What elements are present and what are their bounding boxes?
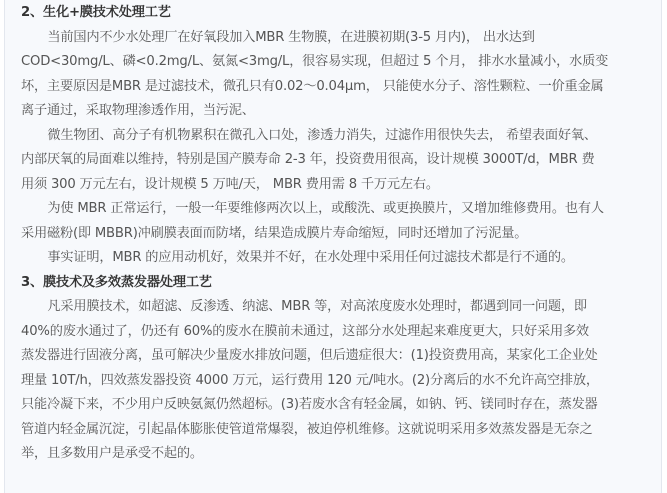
section-heading-2: 2、生化+膜技术处理工艺 bbox=[21, 1, 651, 26]
text-line: 事实证明，MBR 的应用动机好，效果并不好，在水处理中采用任何过滤技术都是行不通… bbox=[21, 246, 651, 271]
text-line: 微生物团、高分子有机物累积在微孔入口处，渗透力消失，过滤作用很快失去， 希望表面… bbox=[21, 124, 651, 149]
text-line: 当前国内不少水处理厂在好氧段加入MBR 生物膜，在进膜初期(3-5 月内)， 出… bbox=[21, 26, 651, 51]
text-line: 举，且多数用户是承受不起的。 bbox=[21, 442, 651, 467]
text-line: 内部厌氧的局面难以维持，特别是国产膜寿命 2-3 年，投资费用很高，设计规模 3… bbox=[21, 148, 651, 173]
text-line: 用须 300 万元左右，设计规模 5 万吨/天， MBR 费用需 8 千万元左右… bbox=[21, 173, 651, 198]
text-line: 只能冷凝下来，不少用户反映氨氮仍然超标。(3)若废水含有轻金属，如钠、钙、镁同时… bbox=[21, 393, 651, 418]
text-line: 为使 MBR 正常运行，一般一年要维修两次以上，或酸洗、或更换膜片，又增加维修费… bbox=[21, 197, 651, 222]
text-line: 坏，主要原因是MBR 是过滤技术，微孔只有0.02～0.04μm， 只能使水分子… bbox=[21, 75, 651, 100]
paragraph-mbr-conclusion: 事实证明，MBR 的应用动机好，效果并不好，在水处理中采用任何过滤技术都是行不通… bbox=[21, 246, 651, 271]
text-line: 离子通过，采取物理渗透作用，当污泥、 bbox=[21, 99, 651, 124]
paragraph-mbr-intro: 当前国内不少水处理厂在好氧段加入MBR 生物膜，在进膜初期(3-5 月内)， 出… bbox=[21, 26, 651, 124]
paragraph-mbr-clogging: 微生物团、高分子有机物累积在微孔入口处，渗透力消失，过滤作用很快失去， 希望表面… bbox=[21, 124, 651, 198]
paragraph-evaporator: 凡采用膜技术，如超滤、反渗透、纳滤、MBR 等，对高浓度废水处理时，都遇到同一问… bbox=[21, 295, 651, 467]
text-line: 理量 10T/h，四效蒸发器投资 4000 万元，运行费用 120 元/吨水。(… bbox=[21, 369, 651, 394]
text-line: COD<30mg/L、磷<0.2mg/L、氨氮<3mg/L，很容易实现，但超过 … bbox=[21, 50, 651, 75]
article-content: 2、生化+膜技术处理工艺 当前国内不少水处理厂在好氧段加入MBR 生物膜，在进膜… bbox=[21, 1, 651, 467]
paragraph-mbr-maintenance: 为使 MBR 正常运行，一般一年要维修两次以上，或酸洗、或更换膜片，又增加维修费… bbox=[21, 197, 651, 246]
text-line: 管道内轻金属沉淀，引起晶体膨胀使管道常爆裂，被迫停机维修。这就说明采用多效蒸发器… bbox=[21, 418, 651, 443]
text-line: 凡采用膜技术，如超滤、反渗透、纳滤、MBR 等，对高浓度废水处理时，都遇到同一问… bbox=[21, 295, 651, 320]
text-line: 40%的废水通过了，仍还有 60%的废水在膜前未通过，这部分水处理起来难度更大，… bbox=[21, 320, 651, 345]
text-line: 蒸发器进行固液分离，虽可解决少量废水排放问题，但后遗症很大：(1)投资费用高，某… bbox=[21, 344, 651, 369]
text-line: 采用磁粉(即 MBBR)冲刷膜表面而防堵，结果造成膜片寿命缩短，同时还增加了污泥… bbox=[21, 222, 651, 247]
section-heading-3: 3、膜技术及多效蒸发器处理工艺 bbox=[21, 271, 651, 296]
article-frame: 2、生化+膜技术处理工艺 当前国内不少水处理厂在好氧段加入MBR 生物膜，在进膜… bbox=[4, 0, 662, 493]
